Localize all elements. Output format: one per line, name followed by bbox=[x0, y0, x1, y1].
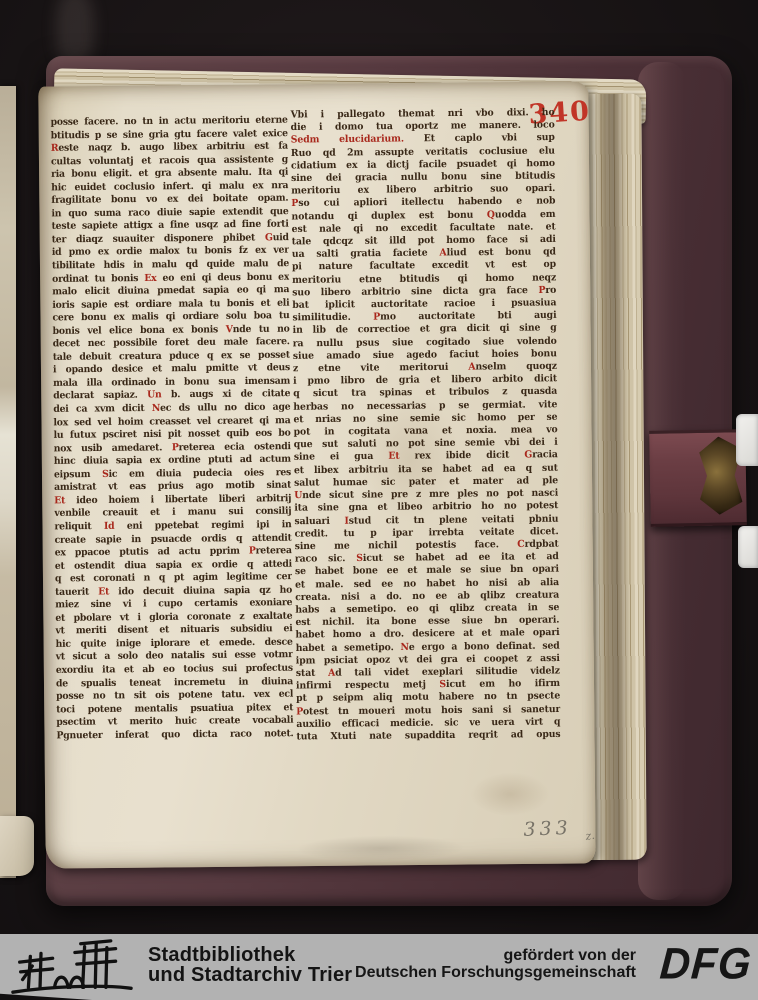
rubric-text: S bbox=[102, 468, 109, 480]
dfg-logo: DFG bbox=[659, 939, 754, 989]
rubric-text: Ex bbox=[144, 272, 156, 284]
tissue-paper-top bbox=[736, 414, 758, 466]
library-name-line1: Stadtbibliothek bbox=[148, 945, 352, 965]
funding-line2: Deutschen Forschungsgemeinschaft bbox=[355, 964, 636, 981]
rubric-text: N bbox=[400, 641, 409, 653]
pencil-check-mark: z. bbox=[585, 829, 596, 843]
rubric-text: C bbox=[517, 539, 524, 551]
rubric-text: R bbox=[51, 143, 59, 155]
rubric-text: U bbox=[294, 490, 302, 502]
manuscript-page: 340 posse facere. no tn in actu meritori… bbox=[38, 81, 595, 868]
manuscript-text-line: Pgnueter inferat quo dicta raco notet. bbox=[56, 728, 293, 743]
rubric-text: P bbox=[172, 442, 179, 454]
rubric-text: Sedm elucidarium. bbox=[291, 134, 404, 147]
rubric-text: Un bbox=[147, 390, 161, 402]
facing-page-edge bbox=[0, 86, 16, 878]
tissue-paper-bottom bbox=[738, 526, 758, 568]
rubric-text: P bbox=[373, 311, 380, 323]
parchment-stain bbox=[470, 772, 550, 817]
facing-page-corner bbox=[0, 816, 34, 876]
funding-line1: gefördert von der bbox=[355, 947, 636, 964]
rubric-text: S bbox=[439, 679, 446, 691]
manuscript-text-line: tuta Xtuti nate supaddita reqrit ad opus bbox=[296, 729, 560, 744]
rubric-text: P bbox=[249, 545, 256, 557]
rubric-text: A bbox=[468, 361, 475, 373]
rubric-text: A bbox=[328, 667, 335, 679]
rubric-text: Et bbox=[388, 451, 399, 463]
pencil-folio-number: 333 bbox=[523, 817, 572, 841]
rubric-text: G bbox=[265, 232, 273, 244]
right-text-column: Vbi i pallegato themat nri vbo dixi. hod… bbox=[290, 107, 560, 744]
rubric-text: G bbox=[524, 450, 532, 462]
clasp-strap bbox=[649, 429, 747, 527]
rubric-text: I bbox=[344, 515, 348, 526]
rubric-text: P bbox=[296, 706, 303, 718]
library-name-line2: und Stadtarchiv Trier bbox=[148, 965, 352, 985]
porta-nigra-logo-icon bbox=[8, 936, 136, 998]
rubric-text: S bbox=[356, 553, 363, 565]
left-text-column: posse facere. no tn in actu meritoriu et… bbox=[51, 114, 294, 743]
rubric-text: P bbox=[291, 198, 298, 210]
rubric-text: N bbox=[152, 403, 160, 415]
footer-banner: Stadtbibliothek und Stadtarchiv Trier ge… bbox=[0, 934, 758, 1000]
rubric-text: P bbox=[538, 284, 545, 296]
rubric-text: Et bbox=[98, 586, 109, 598]
rubric-text: A bbox=[439, 247, 446, 259]
library-name: Stadtbibliothek und Stadtarchiv Trier bbox=[148, 945, 352, 985]
funding-credit: gefördert von der Deutschen Forschungsge… bbox=[355, 947, 636, 981]
rubric-text: Et bbox=[54, 495, 65, 507]
photo-stage: s i ra ies nia labs o le r m fo p e hi s… bbox=[0, 0, 758, 1000]
parchment-stain bbox=[295, 835, 465, 863]
rubric-text: V bbox=[226, 324, 233, 336]
rubric-text: Q bbox=[487, 209, 495, 221]
rubric-text: Id bbox=[104, 520, 114, 532]
